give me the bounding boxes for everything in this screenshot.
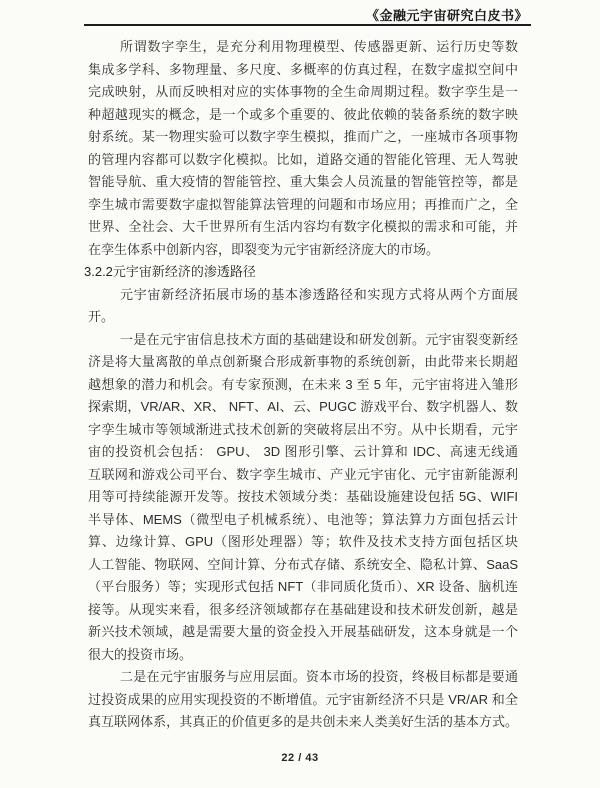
body-line: 半导体、MEMS（微型电子机械系统）、电池等；算法算力方面包括云计 [88,509,518,532]
body-line: 互联网和游戏公司平台、数字孪生城市、产业元宇宙化、元宇宙新能源利 [88,464,518,487]
document-page: 《金融元宇宙研究白皮书》 所谓数字孪生，是充分利用物理模型、传感器更新、运行历史… [0,0,600,788]
body-line: 种超越现实的概念，是一个或多个重要的、彼此依赖的装备系统的数字映 [88,104,518,127]
body-line: 集成多学科、多物理量、多尺度、多概率的仿真过程，在数字虚拟空间中 [88,59,518,82]
body-line: 开。 [88,306,518,329]
body-line: 新兴技术领域，越是需要大量的资金投入开展基础研发，这本身就是一个 [88,621,518,644]
body-line: 孪生城市需要数字虚拟智能算法管理的问题和市场应用；再推而广之，全 [88,194,518,217]
body-line: 探索期，VR/AR、XR、 NFT、AI、云、PUGC 游戏平台、数字机器人、数 [88,396,518,419]
body-line: 一是在元宇宙信息技术方面的基础建设和研发创新。元宇宙裂变新经 [88,329,518,352]
body-text: 所谓数字孪生，是充分利用物理模型、传感器更新、运行历史等数据，集成多学科、多物理… [88,36,518,734]
body-line: 人工智能、物联网、空间计算、分布式存储、系统安全、隐私计算、SaaS [88,554,518,577]
body-line: 智能导航、重大疫情的智能管控、重大集会人员流量的智能管控等，都是 [88,171,518,194]
body-line: （平台服务）等；实现形式包括 NFT（非同质化货币）、XR 设备、脑机连 [88,576,518,599]
body-line: 世界、全社会、大千世界所有生活内容均有数字化模拟的需求和可能，并 [88,216,518,239]
body-line: 接等。从现实来看，很多经济领域都存在基础建设和技术研发创新，越是 [88,599,518,622]
body-line: 元宇宙新经济拓展市场的基本渗透路径和实现方式将从两个方面展 [88,284,518,307]
body-line: 字孪生城市等领域渐进式技术创新的突破将层出不穷。从中长期看，元宇 [88,419,518,442]
body-line: 宙的投资机会包括： GPU、 3D 图形引擎、云计算和 IDC、高速无线通信、 [88,441,518,464]
body-line: 算、边缘计算、GPU（图形处理器）等；软件及技术支持方面包括区块链、 [88,531,518,554]
body-line: 用等可持续能源开发等。按技术领域分类：基础设施建设包括 5G、WIFI6、 [88,486,518,509]
body-line: 完成映射，从而反映相对应的实体事物的全生命周期过程。数字孪生是一 [88,81,518,104]
body-line: 的管理内容都可以数字化模拟。比如，道路交通的智能化管理、无人驾驶 [88,149,518,172]
body-line: 很大的投资市场。 [88,644,518,667]
header-rule-divider [84,24,531,26]
body-line: 过投资成果的应用实现投资的不断增值。元宇宙新经济不只是 VR/AR 和全 [88,689,518,712]
body-line: 济是将大量离散的单点创新聚合形成新事物的系统创新，由此带来长期超 [88,351,518,374]
page-number-indicator: 22 / 43 [0,752,600,764]
section-heading: 3.2.2元宇宙新经济的渗透路径 [84,261,518,284]
body-line: 在孪生体系中创新内容，即裂变为元宇宙新经济庞大的市场。 [88,239,518,262]
body-line: 越想象的潜力和机会。有专家预测，在未来 3 至 5 年，元宇宙将进入雏形 [88,374,518,397]
body-line: 真互联网体系，其真正的价值更多的是共创未来人类美好生活的基本方式。 [88,711,518,734]
header-title: 《金融元宇宙研究白皮书》 [366,5,528,24]
body-line: 射系统。某一物理实验可以数字孪生模拟，推而广之，一座城市各项事物 [88,126,518,149]
body-line: 所谓数字孪生，是充分利用物理模型、传感器更新、运行历史等数据， [88,36,518,59]
body-line: 二是在元宇宙服务与应用层面。资本市场的投资，终极目标都是要通 [88,666,518,689]
